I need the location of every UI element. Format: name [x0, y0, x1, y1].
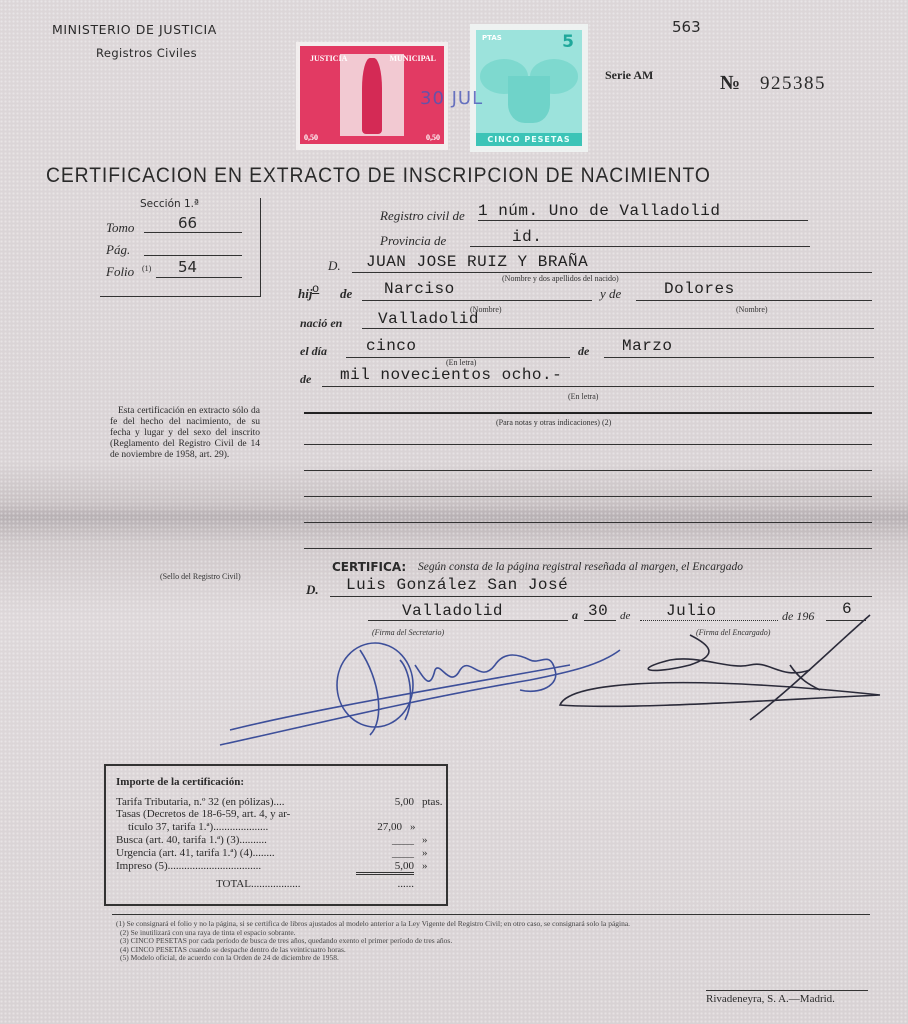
officer-signature-icon — [560, 615, 880, 720]
validity-side-note: Esta certificación en extracto sólo da f… — [110, 406, 260, 461]
birth-day: cinco — [366, 337, 417, 355]
folio-note: (1) — [142, 264, 151, 273]
section-label: Sección 1.ª — [140, 198, 199, 210]
secretary-signature-icon — [220, 643, 620, 745]
certificate-number: 925385 — [760, 73, 826, 95]
fee-amount: ____ — [356, 847, 414, 859]
tomo-label: Tomo — [106, 220, 134, 236]
tomo-value: 66 — [178, 214, 197, 232]
stamp-text-right: MUNICIPAL — [389, 54, 436, 63]
footnote: (5) Modelo oficial, de acuerdo con la Or… — [116, 954, 872, 963]
fee-amount: ____ — [356, 834, 414, 846]
signatures — [210, 610, 900, 760]
fee-label: Tarifa Tributaria, n.º 32 (en pólizas)..… — [116, 796, 285, 808]
fee-row: Impreso (5).............................… — [116, 860, 438, 872]
mother-caption: (Nombre) — [736, 305, 768, 314]
department-subheading: Registros Civiles — [96, 46, 197, 60]
fee-row: tículo 37, tarifa 1.ª)..................… — [116, 821, 438, 833]
seal-caption: (Sello del Registro Civil) — [160, 572, 241, 581]
birthplace-value: Valladolid — [378, 310, 479, 328]
printer-imprint: Rivadeneyra, S. A.—Madrid. — [706, 993, 835, 1005]
officer-d-label: D. — [306, 582, 319, 598]
year-de-label: de — [300, 372, 311, 387]
stamp-face-value: 5 — [562, 32, 574, 52]
fee-label: Impreso (5).............................… — [116, 860, 261, 872]
birth-month: Marzo — [622, 337, 673, 355]
fee-unit: » — [422, 847, 428, 859]
fee-unit: » — [410, 821, 416, 833]
stamp-value-left: 0,50 — [304, 133, 318, 142]
folio-label: Folio — [106, 264, 134, 280]
document-title: CERTIFICACION EN EXTRACTO DE INSCRIPCION… — [46, 164, 810, 188]
father-name: Narciso — [384, 280, 455, 298]
mother-de-label: y de — [600, 286, 621, 302]
provincia-label: Provincia de — [380, 233, 446, 249]
month-de-label: de — [578, 344, 589, 359]
fees-title: Importe de la certificación: — [116, 776, 438, 788]
five-pesetas-stamp: PTAS 5 CINCO PESETAS — [470, 24, 588, 152]
birth-certificate-document: MINISTERIO DE JUSTICIA Registros Civiles… — [0, 0, 908, 1024]
fees-table: Importe de la certificación: Tarifa Trib… — [104, 764, 448, 906]
stamp-currency: PTAS — [482, 34, 502, 42]
certifica-label: CERTIFICA: — [332, 560, 406, 574]
ministry-heading: MINISTERIO DE JUSTICIA — [52, 22, 217, 37]
folio-value: 54 — [178, 258, 197, 276]
fee-row: Busca (art. 40, tarifa 1.ª) (3).........… — [116, 834, 438, 846]
series-label: Serie AM — [605, 68, 653, 83]
sheet-number: 563 — [672, 18, 701, 36]
nacio-label: nació en — [300, 316, 342, 331]
fee-row: Urgencia (art. 41, tarifa 1.ª) (4)......… — [116, 847, 438, 859]
d-label: D. — [328, 258, 341, 274]
name-caption: (Nombre y dos apellidos del nacido) — [502, 274, 619, 283]
stamp-label: CINCO PESETAS — [476, 133, 582, 146]
birth-year: mil novecientos ocho.- — [340, 366, 562, 384]
dia-label: el día — [300, 344, 327, 359]
certifica-text: Según consta de la página registral rese… — [418, 561, 743, 573]
hijo-label: hij — [298, 286, 312, 302]
fee-total-amount: ...... — [356, 878, 414, 890]
fee-amount: 5,00 — [356, 860, 414, 875]
notes-caption: (Para notas y otras indicaciones) (2) — [496, 418, 611, 427]
fee-amount: 27,00 — [344, 821, 402, 833]
footnotes: (1) Se consignará el folio y no la págin… — [116, 920, 872, 963]
fee-amount: 5,00 — [356, 796, 414, 808]
registro-value: 1 núm. Uno de Valladolid — [478, 202, 720, 220]
fee-unit: ptas. — [422, 796, 442, 808]
date-postmark: 30 JUL — [420, 88, 483, 109]
fee-unit: » — [422, 834, 428, 846]
fee-label: Busca (art. 40, tarifa 1.ª) (3).........… — [116, 834, 267, 846]
stamp-text-left: JUSTICIA — [310, 54, 347, 63]
fee-label: Urgencia (art. 41, tarifa 1.ª) (4)......… — [116, 847, 275, 859]
coat-of-arms-icon — [508, 76, 550, 122]
mother-name: Dolores — [664, 280, 735, 298]
justice-figure-icon — [362, 58, 382, 134]
registro-label: Registro civil de — [380, 208, 465, 224]
hijo-suffix: o — [312, 282, 319, 296]
pag-label: Pág. — [106, 242, 130, 258]
father-de-label: de — [340, 286, 352, 302]
fee-unit: » — [422, 860, 428, 872]
officer-name: Luis González San José — [346, 576, 568, 594]
fee-label: Tasas (Decretos de 18-6-59, art. 4, y ar… — [116, 808, 290, 820]
fee-row: Tasas (Decretos de 18-6-59, art. 4, y ar… — [116, 808, 438, 820]
year-caption: (En letra) — [568, 392, 598, 401]
fee-label: tículo 37, tarifa 1.ª)..................… — [128, 821, 268, 833]
provincia-value: id. — [512, 228, 542, 246]
fee-total-row: TOTAL.................. ...... — [116, 878, 438, 890]
fee-row: Tarifa Tributaria, n.º 32 (en pólizas)..… — [116, 796, 438, 808]
registrant-name: JUAN JOSE RUIZ Y BRAÑA — [366, 253, 588, 271]
stamp-value-right: 0,50 — [426, 133, 440, 142]
fee-total-label: TOTAL.................. — [216, 878, 300, 890]
number-symbol: № — [720, 72, 740, 95]
